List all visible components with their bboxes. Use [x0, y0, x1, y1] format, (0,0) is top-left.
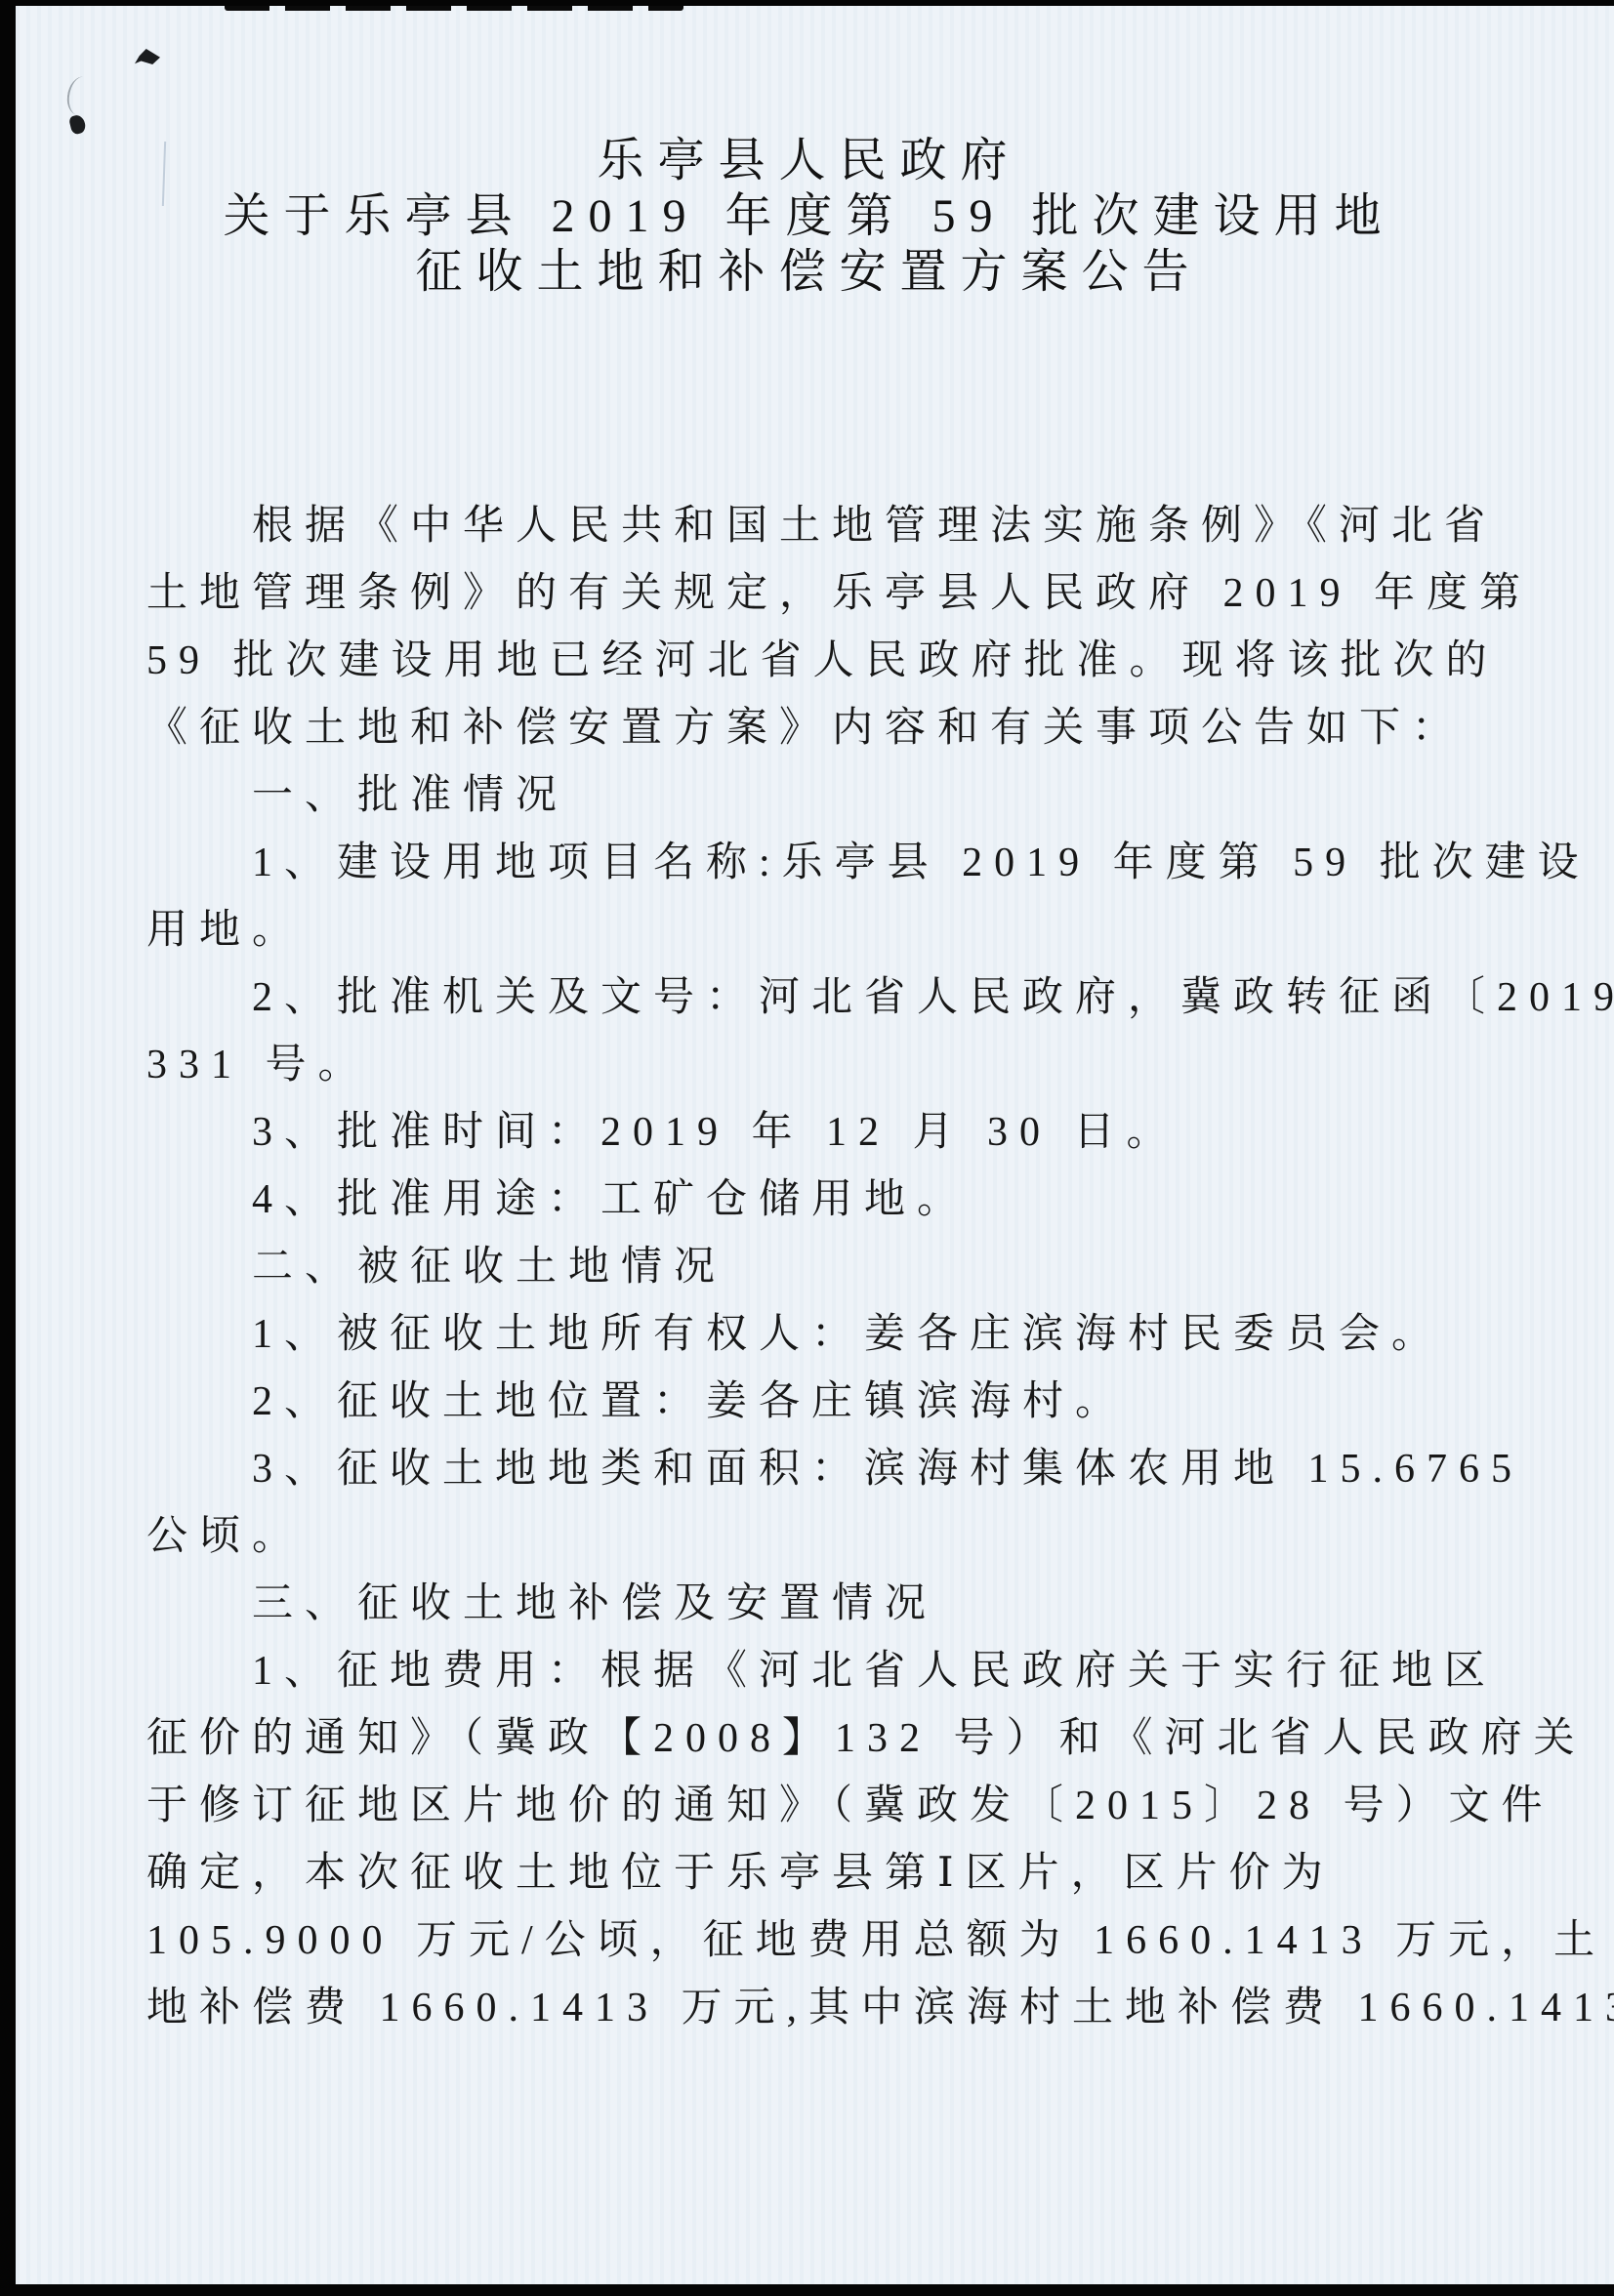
document-title-line: 乐亭县人民政府 [146, 133, 1471, 188]
document-line: 1、征地费用：根据《河北省人民政府关于实行征地区 [146, 1638, 1471, 1705]
document-title-line: 关于乐亭县 2019 年度第 59 批次建设用地 [146, 188, 1471, 244]
document-line: 59 批次建设用地已经河北省人民政府批准。现将该批次的 [146, 628, 1471, 695]
document-line: 105.9000 万元/公顷，征地费用总额为 1660.1413 万元，土 [146, 1907, 1471, 1975]
document-line: 二、被征收土地情况 [146, 1234, 1471, 1301]
document-line: 一、批准情况 [146, 762, 1471, 830]
document-line: 1、被征收土地所有权人：姜各庄滨海村民委员会。 [146, 1301, 1471, 1369]
document-line: 征价的通知》（冀政【2008】132 号）和《河北省人民政府关 [146, 1705, 1471, 1773]
document-line: 于修订征地区片地价的通知》（冀政发〔2015〕28 号）文件 [146, 1773, 1471, 1840]
scanned-document-page: 乐亭县人民政府关于乐亭县 2019 年度第 59 批次建设用地征收土地和补偿安置… [16, 6, 1614, 2284]
document-line: 2、征收土地位置：姜各庄镇滨海村。 [146, 1369, 1471, 1436]
document-line: 土地管理条例》的有关规定，乐亭县人民政府 2019 年度第 [146, 560, 1471, 628]
scan-background: 乐亭县人民政府关于乐亭县 2019 年度第 59 批次建设用地征收土地和补偿安置… [0, 0, 1614, 2296]
document-body: 根据《中华人民共和国土地管理法实施条例》《河北省土地管理条例》的有关规定，乐亭县… [146, 493, 1471, 2042]
document-line: 《征收土地和补偿安置方案》内容和有关事项公告如下： [146, 695, 1471, 762]
document-line: 公顷。 [146, 1503, 1471, 1571]
document-line: 4、批准用途：工矿仓储用地。 [146, 1167, 1471, 1234]
document-title-line: 征收土地和补偿安置方案公告 [146, 244, 1471, 300]
document-line: 1、建设用地项目名称:乐亭县 2019 年度第 59 批次建设 [146, 830, 1471, 897]
document-line: 地补偿费 1660.1413 万元,其中滨海村土地补偿费 1660.1413 [146, 1975, 1471, 2042]
document-line: 用地。 [146, 897, 1471, 964]
document-line: 3、征收土地地类和面积：滨海村集体农用地 15.6765 [146, 1436, 1471, 1503]
document-line: 根据《中华人民共和国土地管理法实施条例》《河北省 [146, 493, 1471, 560]
document-line: 三、征收土地补偿及安置情况 [146, 1571, 1471, 1638]
document-title: 乐亭县人民政府关于乐亭县 2019 年度第 59 批次建设用地征收土地和补偿安置… [146, 133, 1471, 300]
document-line: 确定，本次征收土地位于乐亭县第Ⅰ区片，区片价为 [146, 1840, 1471, 1907]
document-line: 2、批准机关及文号：河北省人民政府，冀政转征函〔2019〕 [146, 964, 1471, 1032]
document-line: 331 号。 [146, 1032, 1471, 1099]
document-content: 乐亭县人民政府关于乐亭县 2019 年度第 59 批次建设用地征收土地和补偿安置… [16, 6, 1614, 2042]
document-line: 3、批准时间：2019 年 12 月 30 日。 [146, 1099, 1471, 1167]
